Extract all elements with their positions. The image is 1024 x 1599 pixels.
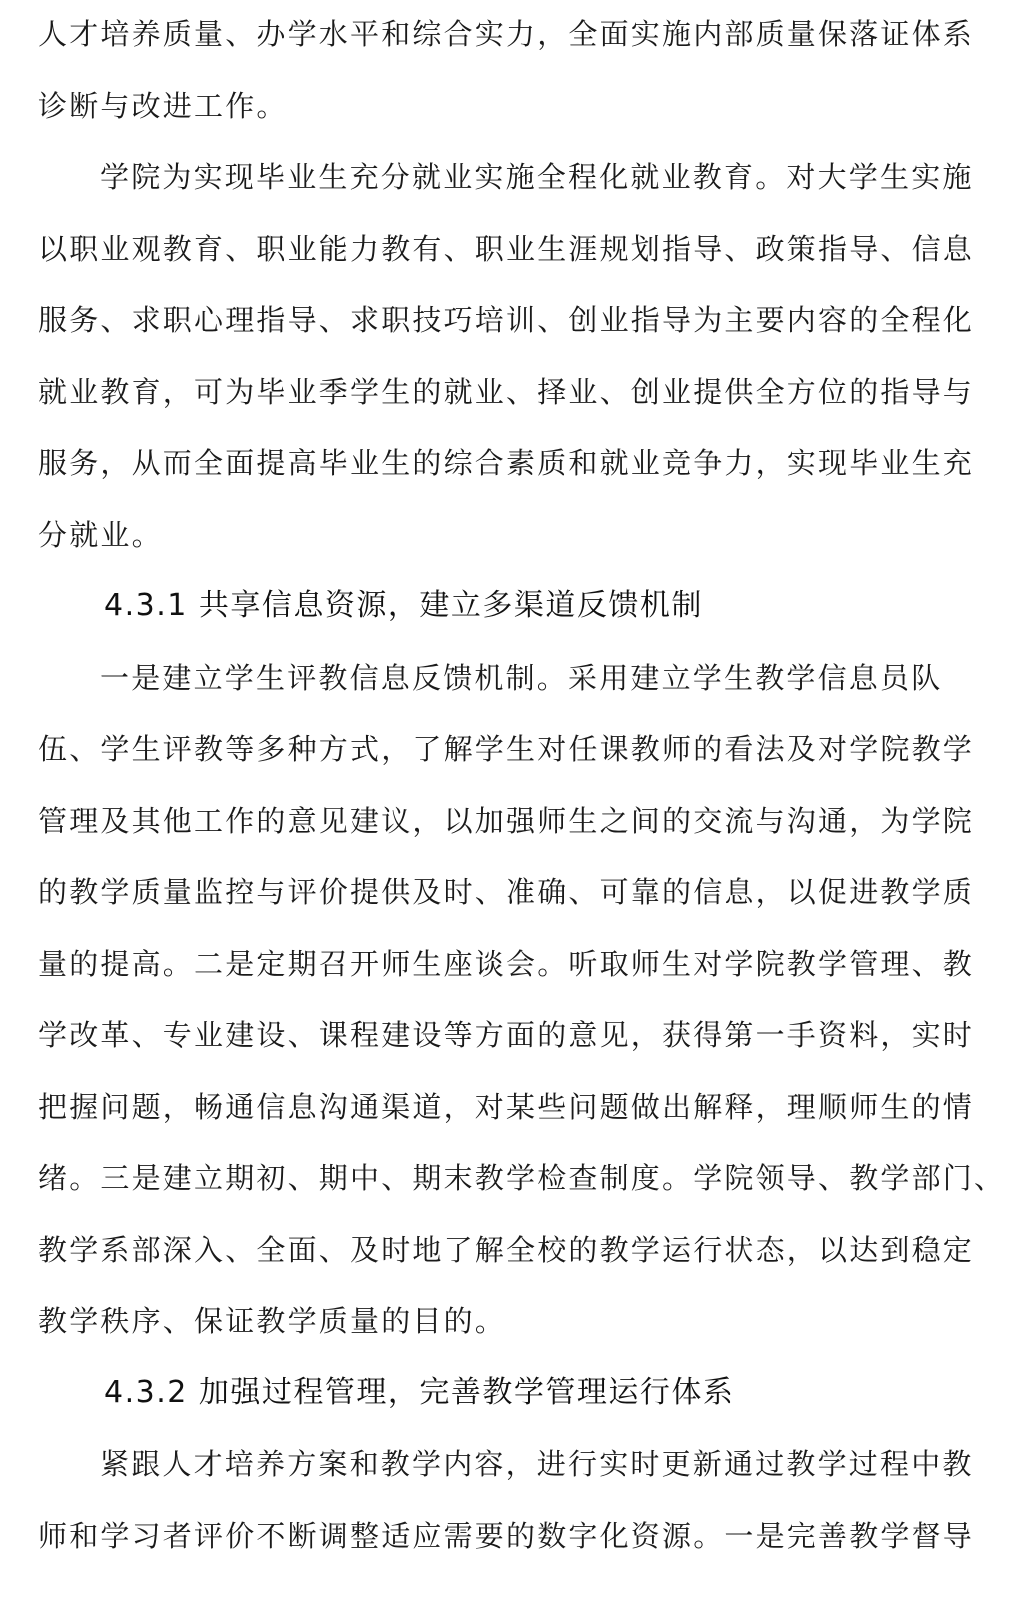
text-line: 诊断与改进工作。 (38, 84, 986, 156)
text-line: 就业教育，可为毕业季学生的就业、择业、创业提供全方位的指导与 (38, 370, 986, 442)
text-line: 紧跟人才培养方案和教学内容，进行实时更新通过教学过程中教 (38, 1442, 986, 1514)
text-line: 教学秩序、保证教学质量的目的。 (38, 1299, 986, 1371)
text-line: 伍、学生评教等多种方式，了解学生对任课教师的看法及对学院教学 (38, 727, 986, 799)
text-line: 人才培养质量、办学水平和综合实力，全面实施内部质量保落证体系 (38, 12, 986, 84)
text-line: 量的提高。二是定期召开师生座谈会。听取师生对学院教学管理、教 (38, 942, 986, 1014)
section-heading-4-3-1: 4.3.1 共享信息资源，建立多渠道反馈机制 (38, 584, 986, 656)
text-line: 教学系部深入、全面、及时地了解全校的教学运行状态，以达到稳定 (38, 1228, 986, 1300)
text-line: 服务，从而全面提高毕业生的综合素质和就业竞争力，实现毕业生充 (38, 441, 986, 513)
section-heading-4-3-2: 4.3.2 加强过程管理，完善教学管理运行体系 (38, 1371, 986, 1443)
paragraph: 人才培养质量、办学水平和综合实力，全面实施内部质量保落证体系 诊断与改进工作。 (38, 12, 986, 155)
text-line: 绪。三是建立期初、期中、期末教学检查制度。学院领导、教学部门、 (38, 1156, 986, 1228)
paragraph: 紧跟人才培养方案和教学内容，进行实时更新通过教学过程中教 师和学习者评价不断调整… (38, 1442, 986, 1585)
text-line: 的教学质量监控与评价提供及时、准确、可靠的信息，以促进教学质 (38, 870, 986, 942)
text-line: 分就业。 (38, 513, 986, 585)
paragraph: 一是建立学生评教信息反馈机制。采用建立学生教学信息员队 伍、学生评教等多种方式，… (38, 656, 986, 1371)
text-line: 以职业观教育、职业能力教有、职业生涯规划指导、政策指导、信息 (38, 227, 986, 299)
text-line: 学院为实现毕业生充分就业实施全程化就业教育。对大学生实施 (38, 155, 986, 227)
text-line: 学改革、专业建设、课程建设等方面的意见，获得第一手资料，实时 (38, 1013, 986, 1085)
text-line: 一是建立学生评教信息反馈机制。采用建立学生教学信息员队 (38, 656, 986, 728)
text-line: 服务、求职心理指导、求职技巧培训、创业指导为主要内容的全程化 (38, 298, 986, 370)
document-page: 人才培养质量、办学水平和综合实力，全面实施内部质量保落证体系 诊断与改进工作。 … (38, 12, 986, 1585)
text-line: 把握问题，畅通信息沟通渠道，对某些问题做出解释，理顺师生的情 (38, 1085, 986, 1157)
paragraph: 学院为实现毕业生充分就业实施全程化就业教育。对大学生实施 以职业观教育、职业能力… (38, 155, 986, 584)
text-line: 师和学习者评价不断调整适应需要的数字化资源。一是完善教学督导 (38, 1514, 986, 1586)
text-line: 管理及其他工作的意见建议，以加强师生之间的交流与沟通，为学院 (38, 799, 986, 871)
